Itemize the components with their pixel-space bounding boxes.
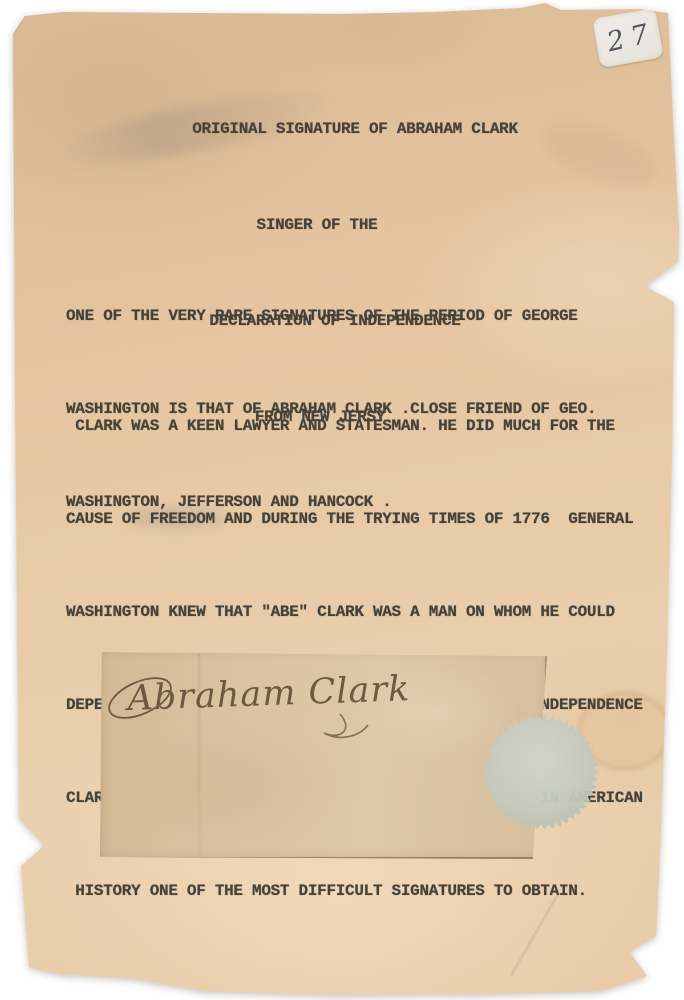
handwritten-signature: Abraham Clark: [102, 658, 422, 748]
typed-line: HISTORY ONE OF THE MOST DIFFICULT SIGNAT…: [66, 876, 643, 907]
title-line: SINGER OF THE: [32, 209, 602, 241]
document-page: 27 ORIGINAL SIGNATURE OF ABRAHAM CLARK S…: [0, 0, 684, 1000]
embossed-seal: [481, 712, 601, 832]
typed-line: CAUSE OF FREEDOM AND DURING THE TRYING T…: [66, 504, 643, 535]
signature-text: Abraham Clark: [124, 669, 411, 719]
seal-serrated-disc: [483, 714, 599, 830]
signature-tail-flourish: [324, 714, 368, 737]
folded-corner: [13, 15, 27, 35]
page-shadow: 27 ORIGINAL SIGNATURE OF ABRAHAM CLARK S…: [0, 0, 684, 1000]
scanned-document-photo: 27 ORIGINAL SIGNATURE OF ABRAHAM CLARK S…: [0, 0, 684, 1000]
title-line: ORIGINAL SIGNATURE OF ABRAHAM CLARK: [70, 113, 640, 145]
typed-line: CLARK WAS A KEEN LAWYER AND STATESMAN. H…: [66, 411, 643, 442]
typed-line: WASHINGTON KNEW THAT "ABE" CLARK WAS A M…: [66, 597, 643, 628]
signature-slip: Abraham Clark: [100, 650, 547, 859]
typed-line: ONE OF THE VERY RARE SIGNATURES OF THE P…: [66, 301, 596, 332]
